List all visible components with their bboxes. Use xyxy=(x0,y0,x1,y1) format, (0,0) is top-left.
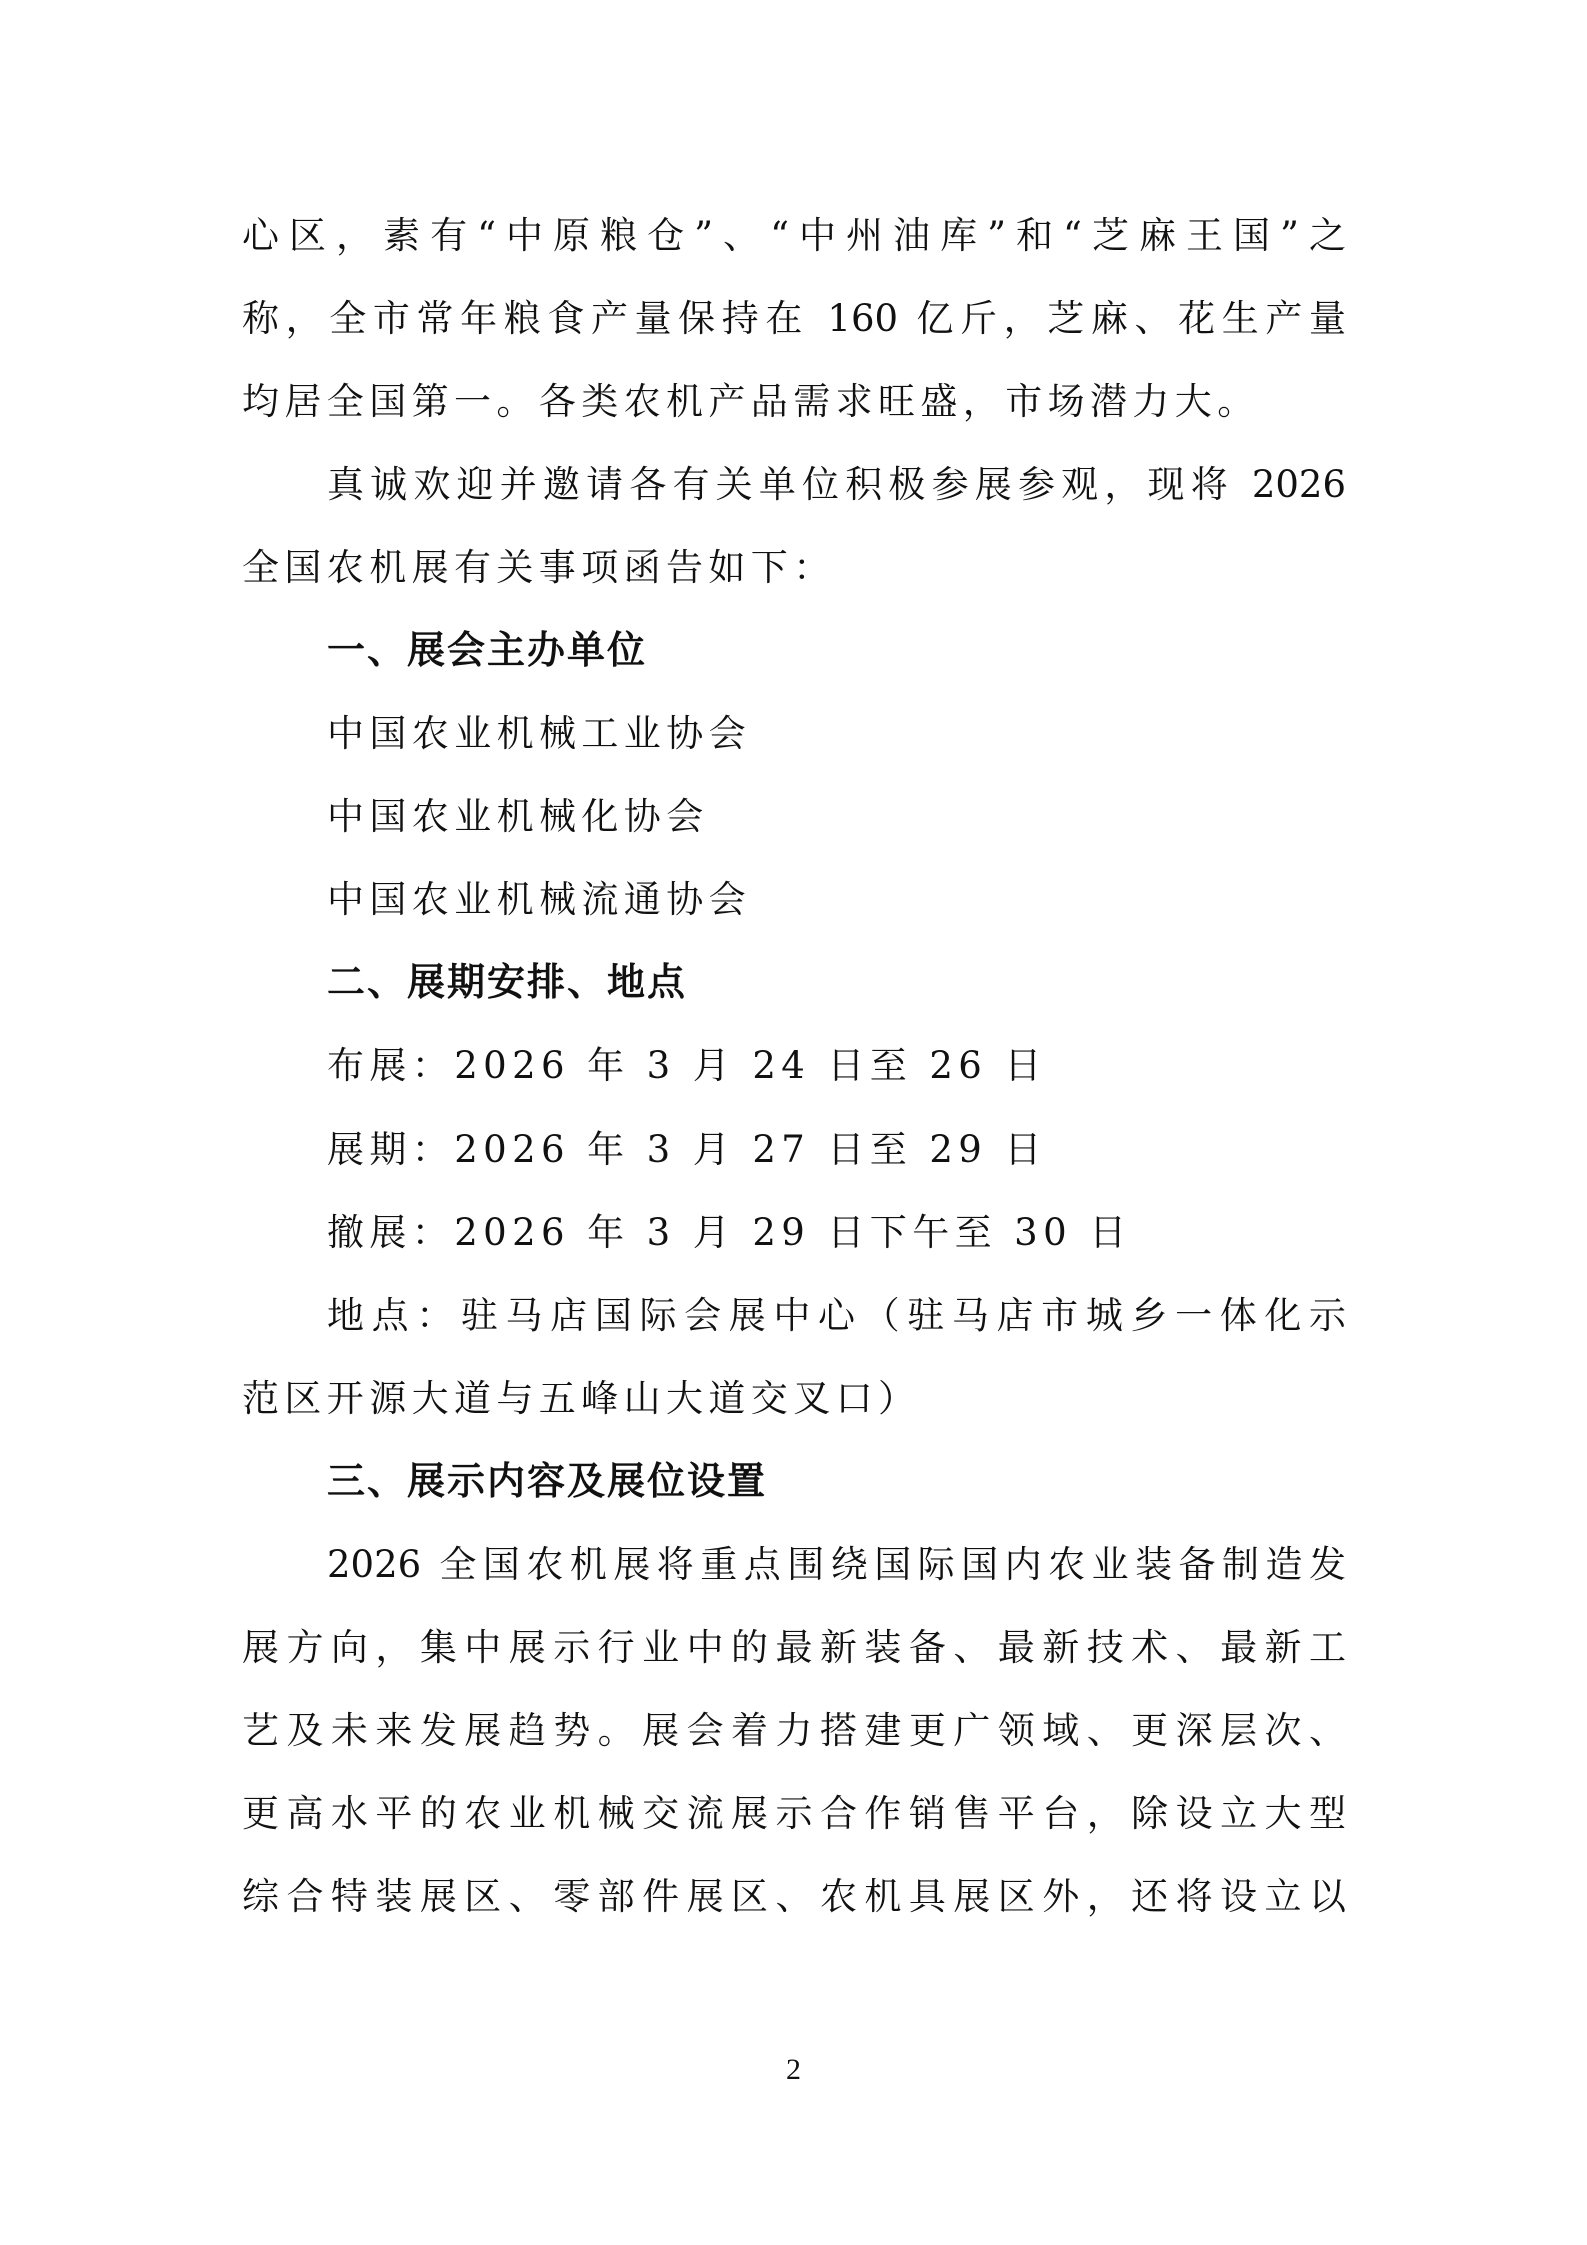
section-heading: 一、展会主办单位 xyxy=(242,609,1346,692)
schedule-item: 撤展：2026 年 3 月 29 日下午至 30 日 xyxy=(242,1191,1346,1274)
section-exhibits: 三、展示内容及展位设置 2026 全国农机展将重点围绕国际国内农业装备制造发 展… xyxy=(242,1440,1346,1938)
paragraph-line: 称，全市常年粮食产量保持在 160 亿斤，芝麻、花生产量 xyxy=(242,277,1346,360)
invitation-paragraph: 真诚欢迎并邀请各有关单位积极参展参观，现将 2026 全国农机展有关事项函告如下… xyxy=(242,443,1346,609)
document-body: 心区，素有“中原粮仓”、“中州油库”和“芝麻王国”之 称，全市常年粮食产量保持在… xyxy=(242,194,1346,1938)
paragraph-line: 艺及未来发展趋势。展会着力搭建更广领域、更深层次、 xyxy=(242,1689,1346,1772)
schedule-item: 布展：2026 年 3 月 24 日至 26 日 xyxy=(242,1024,1346,1107)
section-heading: 二、展期安排、地点 xyxy=(242,941,1346,1024)
location-line: 地点：驻马店国际会展中心（驻马店市城乡一体化示 xyxy=(242,1274,1346,1357)
organizer-item: 中国农业机械化协会 xyxy=(242,775,1346,858)
schedule-item: 展期：2026 年 3 月 27 日至 29 日 xyxy=(242,1108,1346,1191)
paragraph-line: 展方向，集中展示行业中的最新装备、最新技术、最新工 xyxy=(242,1606,1346,1689)
page-number: 2 xyxy=(0,2050,1587,2090)
section-organizers: 一、展会主办单位 中国农业机械工业协会 中国农业机械化协会 中国农业机械流通协会 xyxy=(242,609,1346,941)
paragraph-line: 真诚欢迎并邀请各有关单位积极参展参观，现将 2026 xyxy=(242,443,1346,526)
paragraph-line: 综合特装展区、零部件展区、农机具展区外，还将设立以 xyxy=(242,1855,1346,1938)
organizer-item: 中国农业机械工业协会 xyxy=(242,692,1346,775)
section-heading: 三、展示内容及展位设置 xyxy=(242,1440,1346,1523)
document-page: 心区，素有“中原粮仓”、“中州油库”和“芝麻王国”之 称，全市常年粮食产量保持在… xyxy=(0,0,1587,2245)
section-schedule-location: 二、展期安排、地点 布展：2026 年 3 月 24 日至 26 日 展期：20… xyxy=(242,941,1346,1439)
paragraph-line: 均居全国第一。各类农机产品需求旺盛，市场潜力大。 xyxy=(242,360,1346,443)
paragraph-line: 2026 全国农机展将重点围绕国际国内农业装备制造发 xyxy=(242,1523,1346,1606)
location-line: 范区开源大道与五峰山大道交叉口） xyxy=(242,1357,1346,1440)
organizer-item: 中国农业机械流通协会 xyxy=(242,858,1346,941)
intro-paragraph: 心区，素有“中原粮仓”、“中州油库”和“芝麻王国”之 称，全市常年粮食产量保持在… xyxy=(242,194,1346,443)
paragraph-line: 更高水平的农业机械交流展示合作销售平台，除设立大型 xyxy=(242,1772,1346,1855)
paragraph-line: 全国农机展有关事项函告如下： xyxy=(242,526,1346,609)
paragraph-line: 心区，素有“中原粮仓”、“中州油库”和“芝麻王国”之 xyxy=(242,194,1346,277)
